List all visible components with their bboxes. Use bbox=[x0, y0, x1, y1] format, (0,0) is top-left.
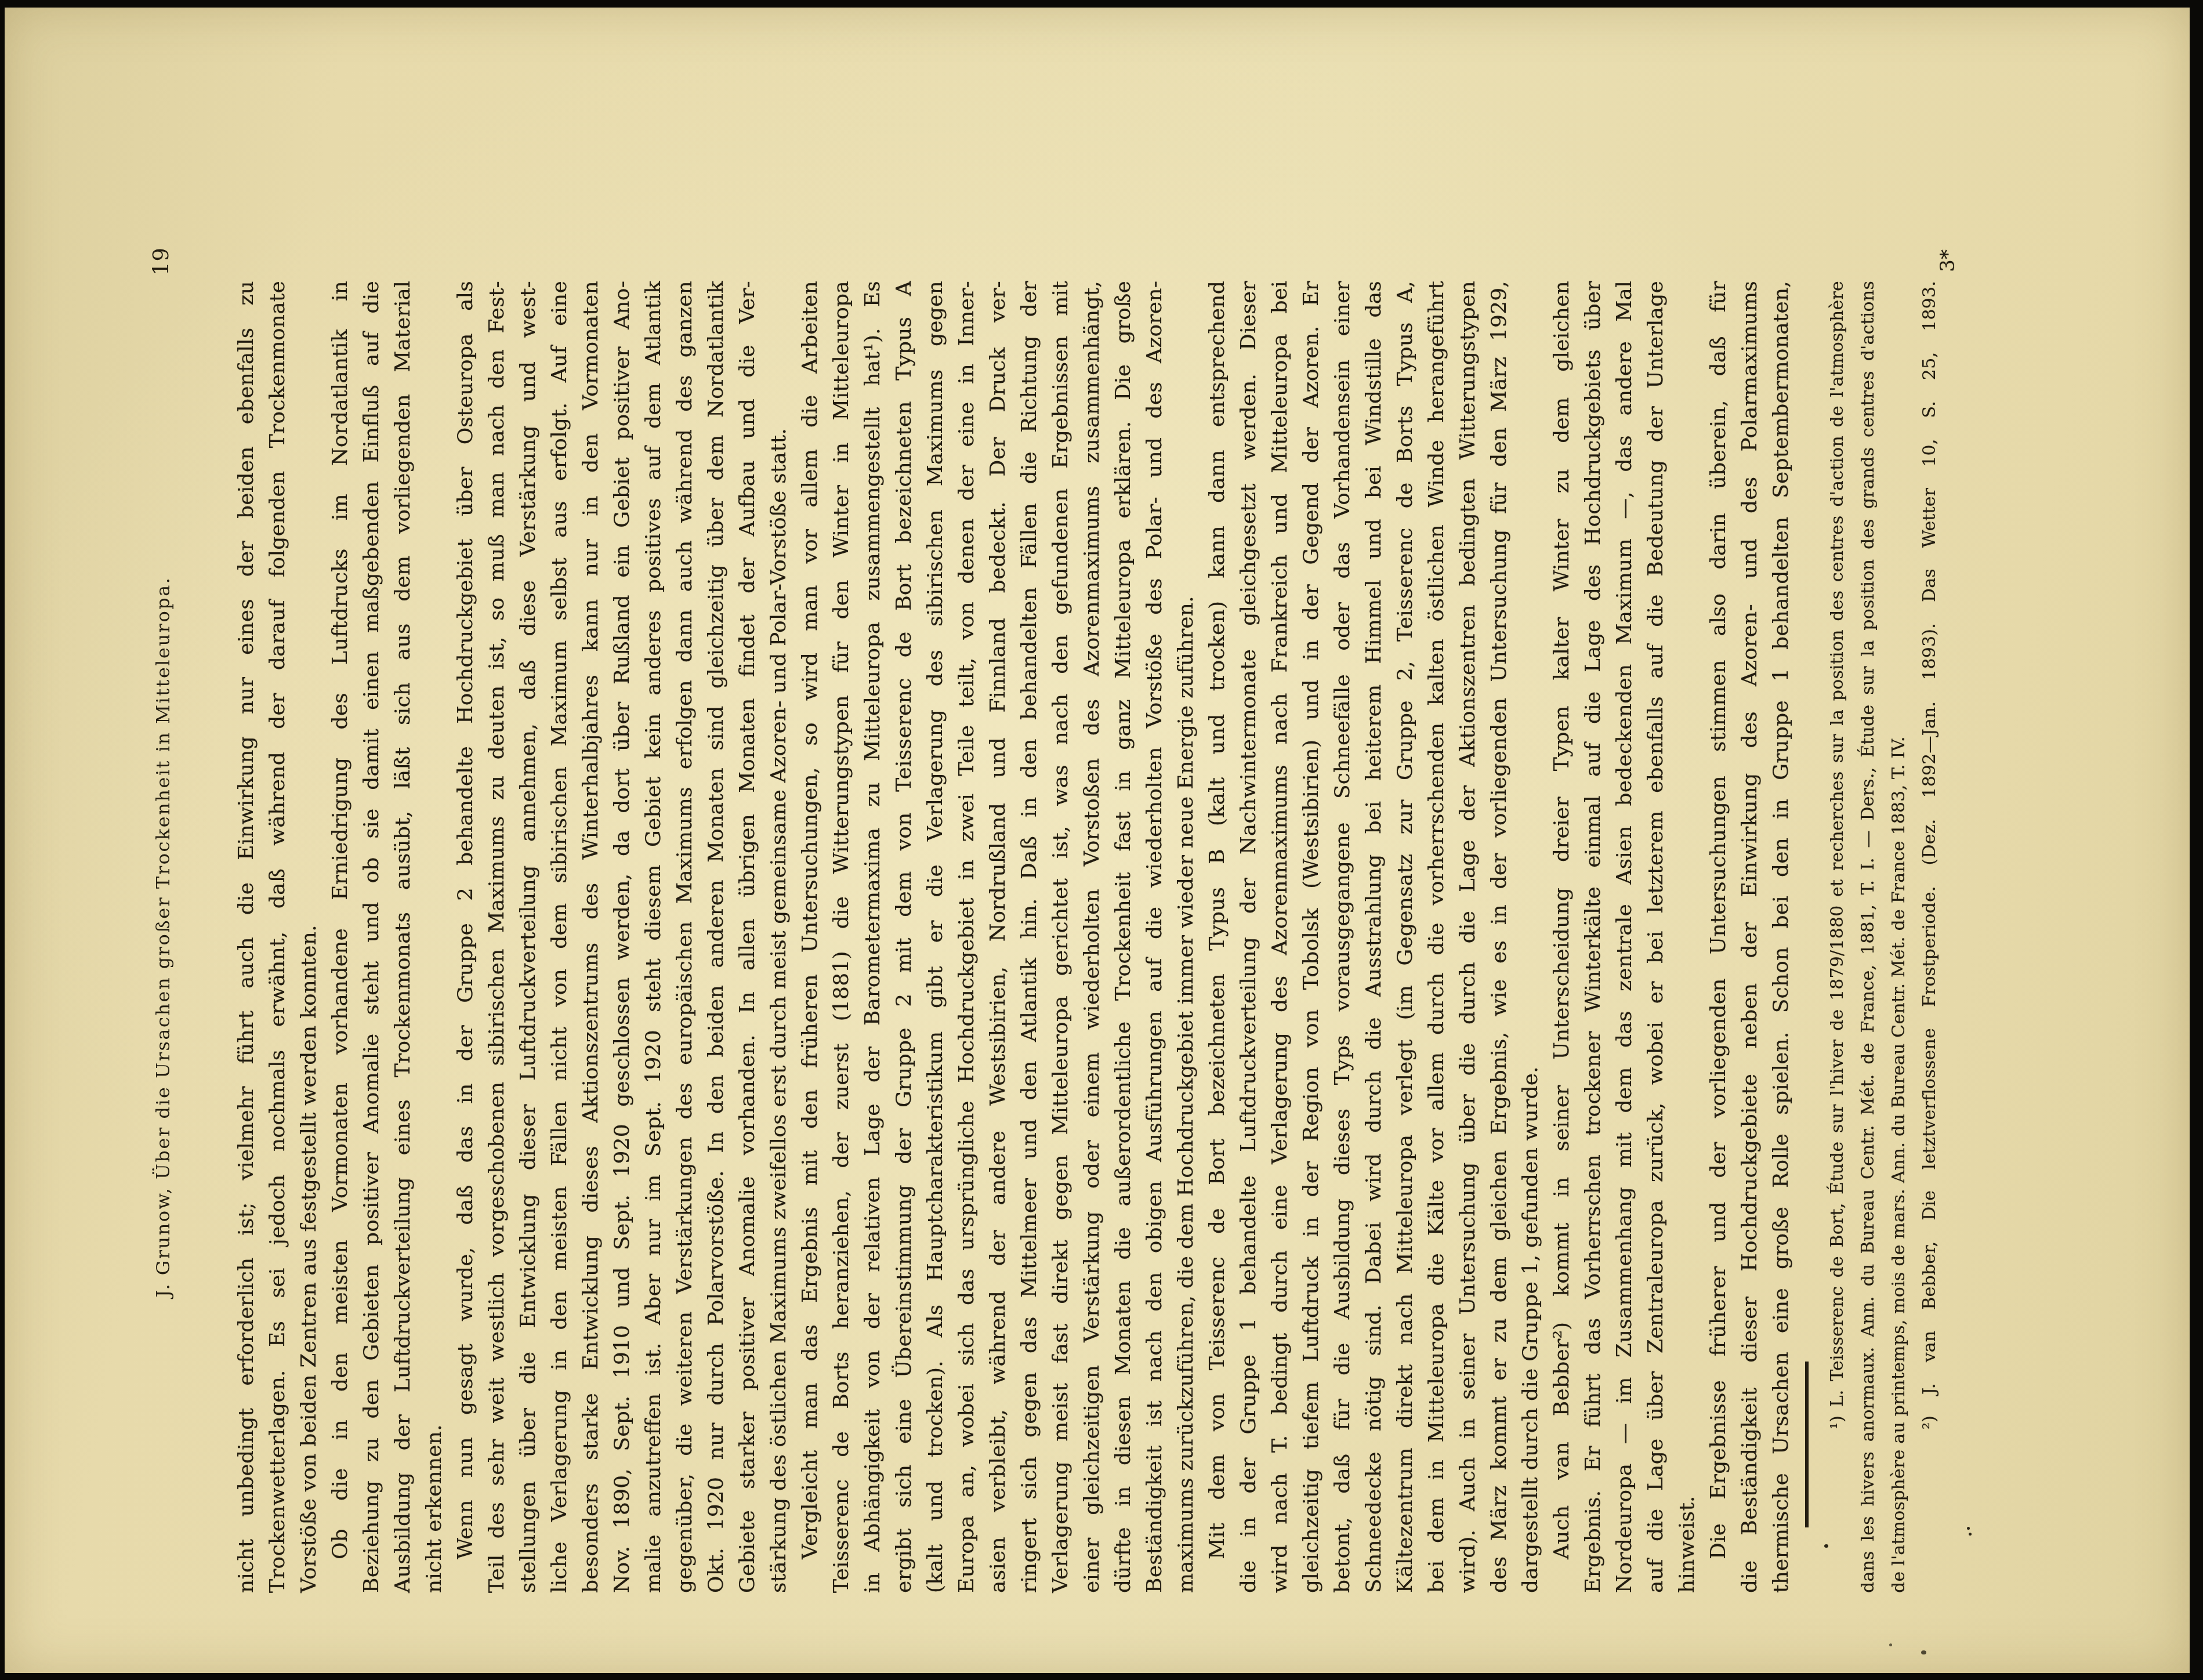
ink-speck bbox=[1969, 1533, 1972, 1536]
text-line: Auch van Bebber²) kommt in seiner Unters… bbox=[1546, 281, 1578, 1593]
page-number: 19 bbox=[148, 247, 173, 276]
ink-speck bbox=[1889, 1643, 1892, 1646]
scanned-page-screenshot: J. Grunow, Über die Ursachen großer Troc… bbox=[0, 0, 2203, 1680]
text-line: bei dem in Mitteleuropa die Kälte vor al… bbox=[1421, 281, 1452, 1593]
text-line: stärkung des östlichen Maximums zweifell… bbox=[763, 281, 795, 1593]
text-line: in Abhängigkeit von der relativen Lage d… bbox=[857, 281, 889, 1593]
text-line: besonders starke Entwicklung dieses Akti… bbox=[575, 281, 607, 1593]
text-line: Gebiete starker positiver Anomalie vorha… bbox=[732, 281, 763, 1593]
text-line: Die Ergebnisse früherer und der vorliege… bbox=[1703, 281, 1734, 1593]
text-line: auf die Lage über Zentraleuropa zurück, … bbox=[1640, 281, 1672, 1593]
text-line: ergibt sich eine Übereinstimmung der Gru… bbox=[889, 281, 920, 1593]
text-line: asien verbleibt, während der andere West… bbox=[983, 281, 1014, 1593]
text-line: liche Verlagerung in den meisten Fällen … bbox=[544, 281, 575, 1593]
footnote-separator-rule bbox=[1805, 1362, 1809, 1527]
text-line: nicht erkennen. bbox=[419, 281, 450, 1593]
footnote-line: dans les hivers anormaux. Ann. du Bureau… bbox=[1853, 281, 1883, 1593]
signature-mark: 3* bbox=[1936, 249, 1959, 272]
text-line: Okt. 1920 nur durch Polarvorstöße. In de… bbox=[701, 281, 732, 1593]
footnote-line: ¹) L. Teisserenc de Bort, Étude sur l'hi… bbox=[1822, 281, 1853, 1593]
text-line: Beziehung zu den Gebieten positiver Anom… bbox=[356, 281, 387, 1593]
text-line: Nordeuropa — im Zusammenhang mit dem das… bbox=[1609, 281, 1640, 1593]
text-line: Wenn nun gesagt wurde, daß das in der Gr… bbox=[450, 281, 481, 1593]
ink-speck bbox=[1967, 1527, 1970, 1530]
text-line: ringert sich gegen das Mittelmeer und de… bbox=[1014, 281, 1045, 1593]
text-line: Kältezentrum direkt nach Mitteleuropa ve… bbox=[1390, 281, 1421, 1593]
text-line: Europa an, wobei sich das ursprüngliche … bbox=[951, 281, 983, 1593]
text-line: Schneedecke nötig sind. Dabei wird durch… bbox=[1358, 281, 1390, 1593]
text-line: Nov. 1890, Sept. 1910 und Sept. 1920 ges… bbox=[607, 281, 638, 1593]
text-line: dargestellt durch die Gruppe 1, gefunden… bbox=[1515, 281, 1546, 1593]
text-line: hinweist. bbox=[1672, 281, 1703, 1593]
text-line: Ausbildung der Luftdruckverteilung eines… bbox=[387, 281, 419, 1593]
text-line: malie anzutreffen ist. Aber nur im Sept.… bbox=[638, 281, 669, 1593]
text-line: stellungen über die Entwicklung dieser L… bbox=[513, 281, 544, 1593]
text-line: Ob die in den meisten Vormonaten vorhand… bbox=[325, 281, 356, 1593]
page-header: J. Grunow, Über die Ursachen großer Troc… bbox=[152, 281, 189, 1593]
text-line: nicht unbedingt erforderlich ist; vielme… bbox=[231, 281, 262, 1593]
ink-speck bbox=[1921, 1650, 1926, 1654]
text-line: Ergebnis. Er führt das Vorherrschen troc… bbox=[1578, 281, 1609, 1593]
text-line: Verlagerung meist fast direkt gegen Mitt… bbox=[1045, 281, 1077, 1593]
text-line: thermische Ursachen eine große Rolle spi… bbox=[1766, 281, 1797, 1593]
text-line: einer gleichzeitigen Verstärkung oder ei… bbox=[1077, 281, 1108, 1593]
body-text: nicht unbedingt erforderlich ist; vielme… bbox=[231, 281, 1797, 1593]
ink-speck bbox=[1824, 1544, 1828, 1548]
rotated-page-content: J. Grunow, Über die Ursachen großer Troc… bbox=[0, 0, 2203, 1680]
text-line: die in der Gruppe 1 behandelte Luftdruck… bbox=[1233, 281, 1264, 1593]
text-line: Teisserenc de Borts heranziehen, der zue… bbox=[826, 281, 857, 1593]
text-line: Teil des sehr weit westlich vorgeschoben… bbox=[481, 281, 513, 1593]
text-line: wird). Auch in seiner Untersuchung über … bbox=[1452, 281, 1484, 1593]
text-line: gleichzeitig tiefem Luftdruck in der Reg… bbox=[1296, 281, 1327, 1593]
running-head: J. Grunow, Über die Ursachen großer Troc… bbox=[152, 281, 174, 1593]
text-line: (kalt und trocken). Als Hauptcharakteris… bbox=[920, 281, 951, 1593]
text-line: maximums zurückzuführen, die dem Hochdru… bbox=[1171, 281, 1202, 1593]
text-line: Trockenwetterlagen. Es sei jedoch nochma… bbox=[262, 281, 294, 1593]
text-line: die Beständigkeit dieser Hochdruckgebiet… bbox=[1734, 281, 1766, 1593]
text-line: Mit dem von Teisserenc de Bort bezeichne… bbox=[1202, 281, 1233, 1593]
footnote-block: ¹) L. Teisserenc de Bort, Étude sur l'hi… bbox=[1822, 281, 1945, 1593]
text-line: des März kommt er zu dem gleichen Ergebn… bbox=[1484, 281, 1515, 1593]
text-line: wird nach T. bedingt durch eine Verlager… bbox=[1264, 281, 1296, 1593]
footnote-line: ²) J. van Bebber, Die letztverflossene F… bbox=[1914, 281, 1945, 1593]
text-line: Vergleicht man das Ergebnis mit den früh… bbox=[795, 281, 826, 1593]
text-line: Beständigkeit ist nach den obigen Ausfüh… bbox=[1139, 281, 1171, 1593]
text-line: betont, daß für die Ausbildung dieses Ty… bbox=[1327, 281, 1358, 1593]
footnote-line: de l'atmosphère au printemps, mois de ma… bbox=[1883, 281, 1914, 1593]
text-line: gegenüber, die weiteren Verstärkungen de… bbox=[669, 281, 701, 1593]
text-line: dürfte in diesen Monaten die außerordent… bbox=[1108, 281, 1139, 1593]
text-line: Vorstöße von beiden Zentren aus festgest… bbox=[294, 281, 325, 1593]
